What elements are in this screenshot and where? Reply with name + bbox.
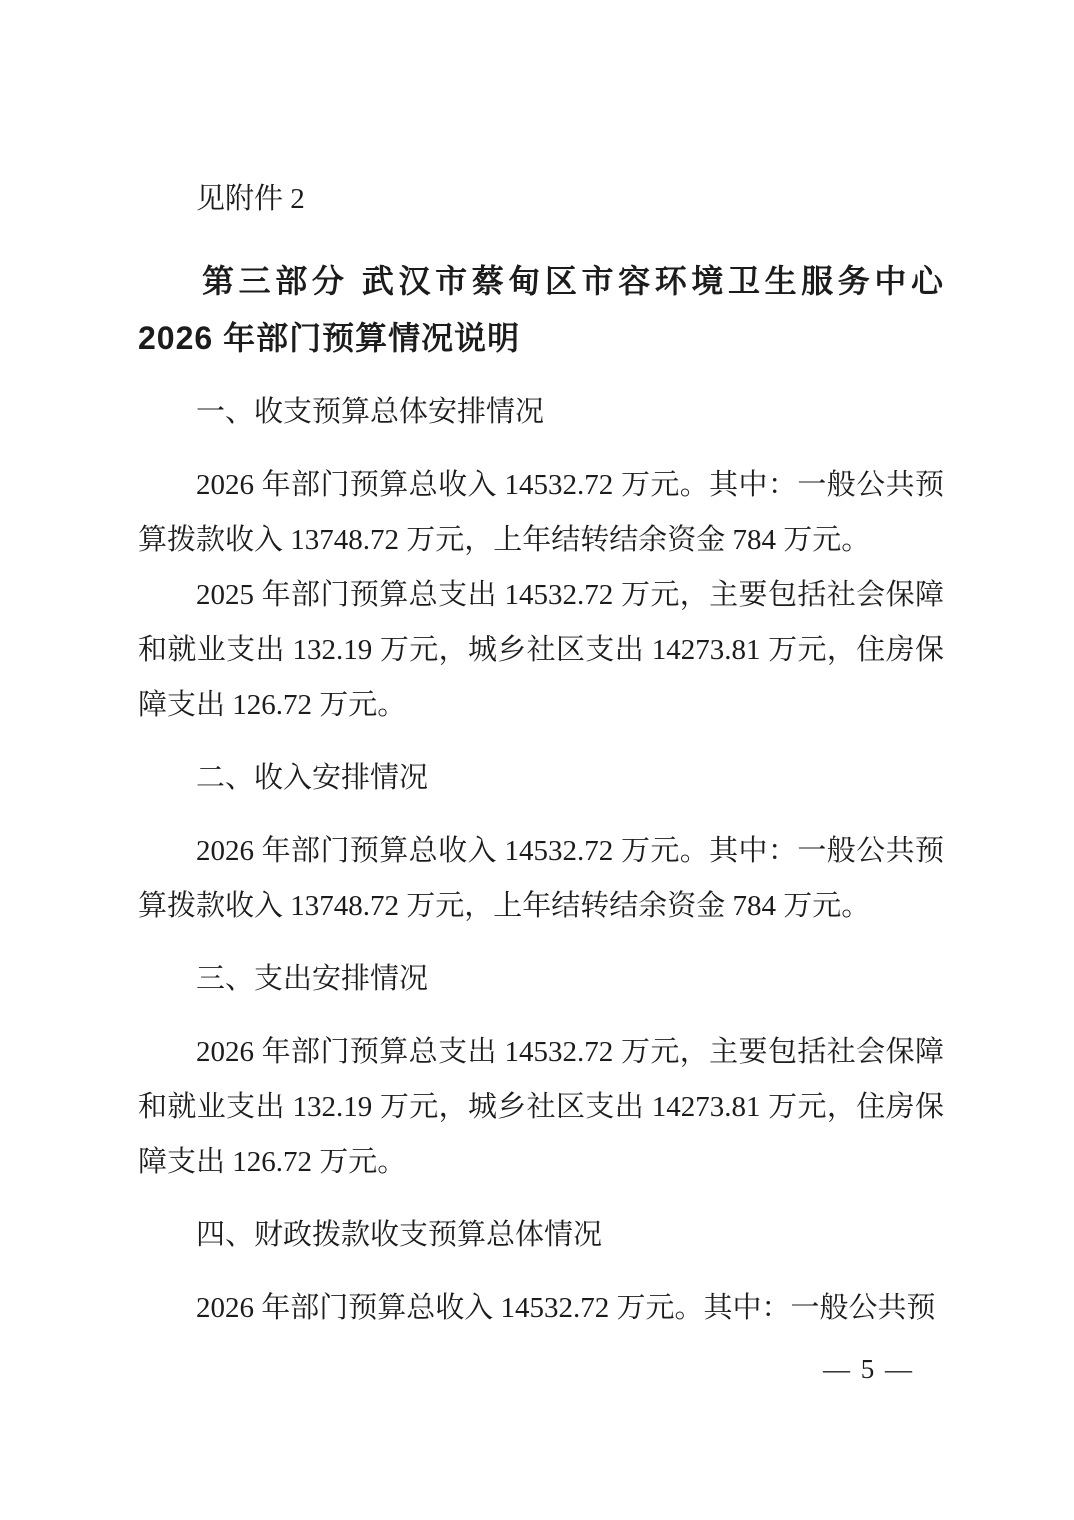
page-number: — 5 —	[823, 1352, 914, 1386]
section-heading: 二、收入安排情况	[138, 751, 944, 806]
attachment-note: 见附件 2	[138, 172, 944, 227]
paragraph: 2026 年部门预算总收入 14532.72 万元。其中：一般公共预算拨款收入 …	[138, 458, 944, 568]
section-heading: 一、收支预算总体安排情况	[138, 385, 944, 440]
section-heading: 四、财政拨款收支预算总体情况	[138, 1208, 944, 1263]
section-overall-budget: 一、收支预算总体安排情况 2026 年部门预算总收入 14532.72 万元。其…	[138, 385, 944, 733]
document-page: 见附件 2 第三部分 武汉市蔡甸区市容环境卫生服务中心 2026 年部门预算情况…	[0, 0, 1074, 1520]
paragraph: 2026 年部门预算总收入 14532.72 万元。其中：一般公共预	[138, 1281, 944, 1336]
section-fiscal-appropriation: 四、财政拨款收支预算总体情况 2026 年部门预算总收入 14532.72 万元…	[138, 1208, 944, 1336]
paragraph: 2026 年部门预算总收入 14532.72 万元。其中：一般公共预算拨款收入 …	[138, 824, 944, 934]
paragraph: 2025 年部门预算总支出 14532.72 万元，主要包括社会保障和就业支出 …	[138, 568, 944, 733]
document-content: 见附件 2 第三部分 武汉市蔡甸区市容环境卫生服务中心 2026 年部门预算情况…	[138, 172, 944, 1336]
document-title: 第三部分 武汉市蔡甸区市容环境卫生服务中心 2026 年部门预算情况说明	[138, 253, 944, 367]
section-income-arrangement: 二、收入安排情况 2026 年部门预算总收入 14532.72 万元。其中：一般…	[138, 751, 944, 934]
paragraph: 2026 年部门预算总支出 14532.72 万元，主要包括社会保障和就业支出 …	[138, 1025, 944, 1190]
section-heading: 三、支出安排情况	[138, 952, 944, 1007]
section-expenditure-arrangement: 三、支出安排情况 2026 年部门预算总支出 14532.72 万元，主要包括社…	[138, 952, 944, 1190]
